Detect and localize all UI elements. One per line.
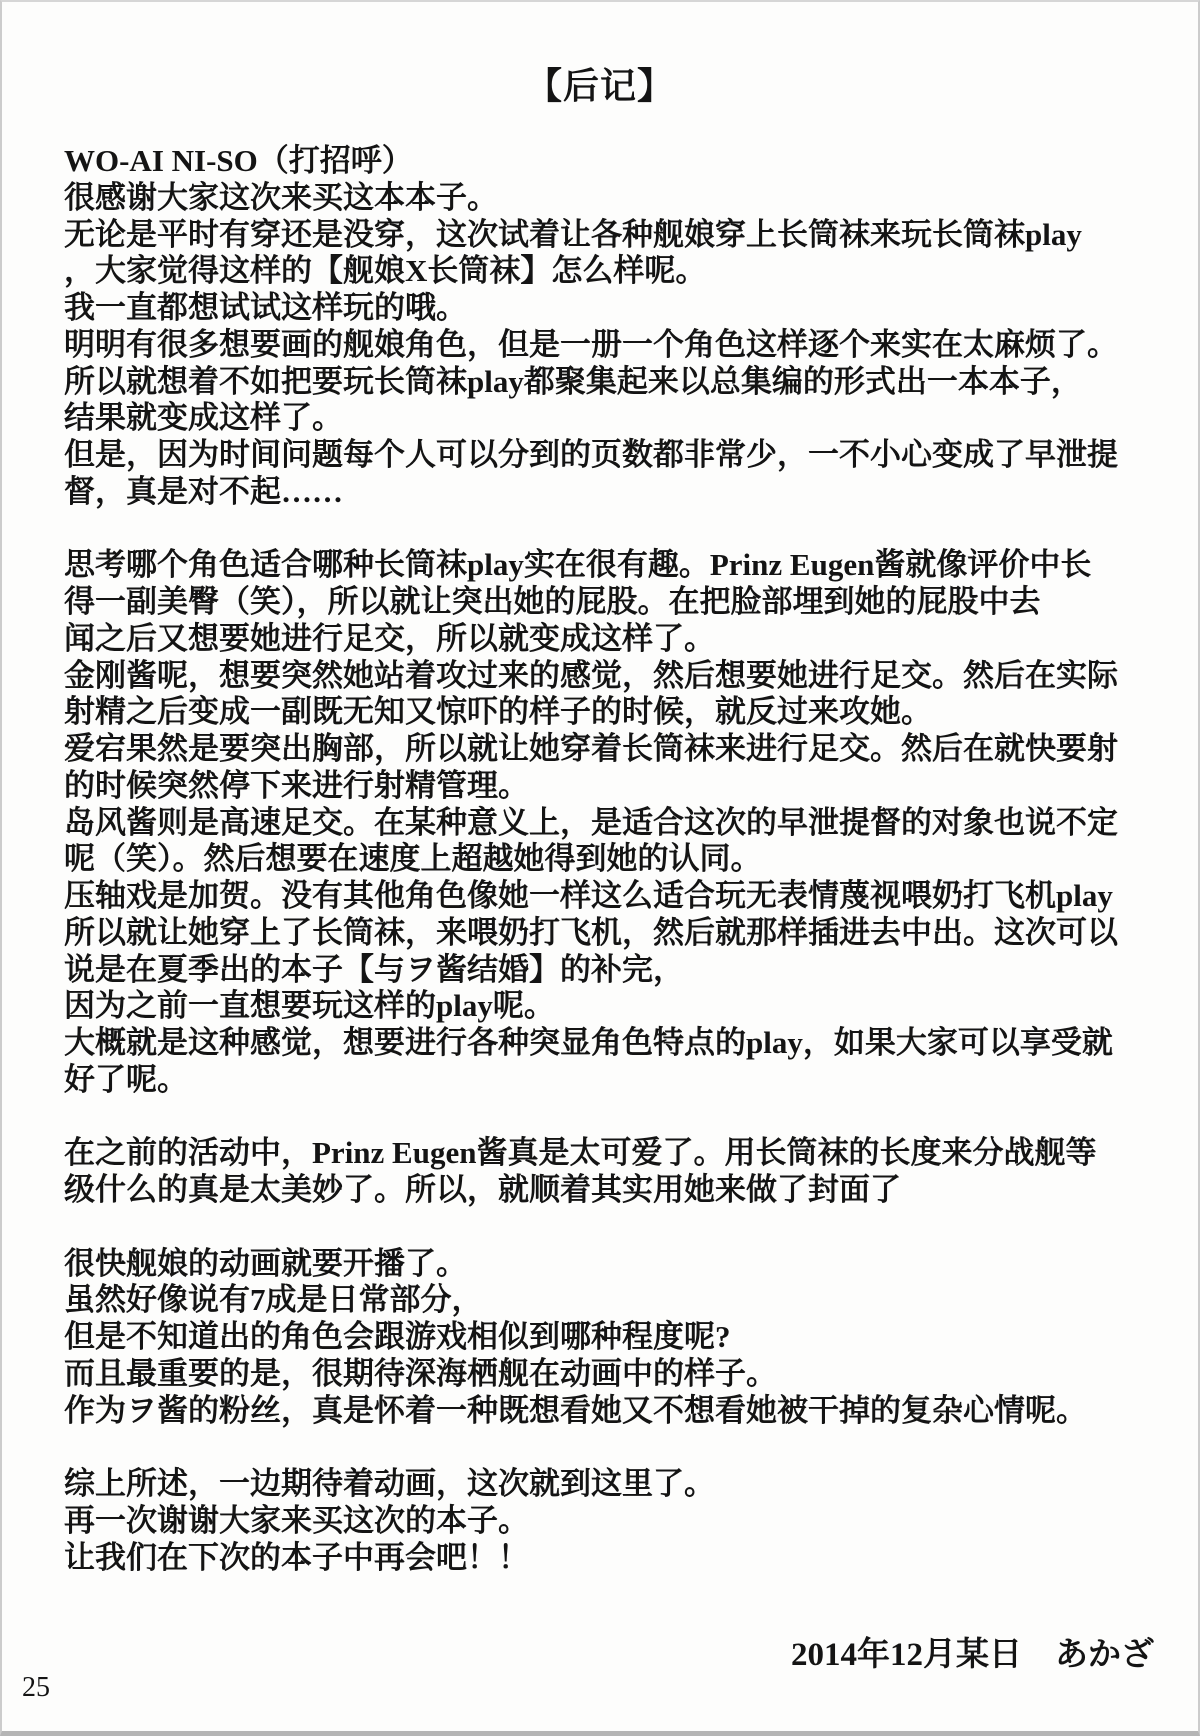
blank-line (64, 1429, 1144, 1466)
text-line: 得一副美臀（笑），所以就让突出她的屁股。在把脸部埋到她的屁股中去 (64, 584, 1144, 621)
blank-line (64, 511, 1144, 548)
text-line: 大概就是这种感觉，想要进行各种突显角色特点的play，如果大家可以享受就 (64, 1025, 1144, 1062)
text-line: 因为之前一直想要玩这样的play呢。 (64, 988, 1144, 1025)
text-line: 说是在夏季出的本子【与ヲ酱结婚】的补完， (64, 952, 1144, 989)
signature-date: 2014年12月某日 あかざ (791, 1628, 1154, 1675)
text-line: 的时候突然停下来进行射精管理。 (64, 768, 1144, 805)
text-line: ，大家觉得这样的【舰娘X长筒袜】怎么样呢。 (64, 253, 1144, 290)
text-line: 很快舰娘的动画就要开播了。 (64, 1246, 1144, 1283)
afterword-body: WO-AI NI-SO（打招呼） 很感谢大家这次来买这本本子。 无论是平时有穿还… (64, 143, 1144, 1576)
text-line: 但是，因为时间问题每个人可以分到的页数都非常少，一不小心变成了早泄提 (64, 437, 1144, 474)
text-line: 无论是平时有穿还是没穿，这次试着让各种舰娘穿上长筒袜来玩长筒袜play (64, 217, 1144, 254)
text-line: 压轴戏是加贺。没有其他角色像她一样这么适合玩无表情蔑视喂奶打飞机play (64, 878, 1144, 915)
afterword-page: 【后记】 WO-AI NI-SO（打招呼） 很感谢大家这次来买这本本子。 无论是… (0, 0, 1200, 1736)
text-line: 所以就想着不如把要玩长筒袜play都聚集起来以总集编的形式出一本本子， (64, 364, 1144, 401)
text-line: 金刚酱呢，想要突然她站着攻过来的感觉，然后想要她进行足交。然后在实际 (64, 658, 1144, 695)
text-line: 很感谢大家这次来买这本本子。 (64, 180, 1144, 217)
text-line: 让我们在下次的本子中再会吧！！ (64, 1540, 1144, 1577)
blank-line (64, 1209, 1144, 1246)
text-line: 综上所述，一边期待着动画，这次就到这里了。 (64, 1466, 1144, 1503)
text-line: 督，真是对不起…… (64, 474, 1144, 511)
text-line: 闻之后又想要她进行足交，所以就变成这样了。 (64, 621, 1144, 658)
text-line: 思考哪个角色适合哪种长筒袜play实在很有趣。Prinz Eugen酱就像评价中… (64, 547, 1144, 584)
text-line: 岛风酱则是高速足交。在某种意义上，是适合这次的早泄提督的对象也说不定 (64, 805, 1144, 842)
text-line: WO-AI NI-SO（打招呼） (64, 143, 1144, 180)
text-line: 作为ヲ酱的粉丝，真是怀着一种既想看她又不想看她被干掉的复杂心情呢。 (64, 1393, 1144, 1430)
text-line: 结果就变成这样了。 (64, 400, 1144, 437)
text-line: 爱宕果然是要突出胸部，所以就让她穿着长筒袜来进行足交。然后在就快要射 (64, 731, 1144, 768)
text-line: 级什么的真是太美妙了。所以，就顺着其实用她来做了封面了 (64, 1172, 1144, 1209)
text-line: 呢（笑）。然后想要在速度上超越她得到她的认同。 (64, 841, 1144, 878)
text-line: 但是不知道出的角色会跟游戏相似到哪种程度呢? (64, 1319, 1144, 1356)
text-line: 我一直都想试试这样玩的哦。 (64, 290, 1144, 327)
text-line: 在之前的活动中，Prinz Eugen酱真是太可爱了。用长筒袜的长度来分战舰等 (64, 1135, 1144, 1172)
text-line: 明明有很多想要画的舰娘角色，但是一册一个角色这样逐个来实在太麻烦了。 (64, 327, 1144, 364)
text-line: 好了呢。 (64, 1062, 1144, 1099)
blank-line (64, 1099, 1144, 1136)
text-line: 而且最重要的是，很期待深海栖舰在动画中的样子。 (64, 1356, 1144, 1393)
text-line: 虽然好像说有7成是日常部分， (64, 1282, 1144, 1319)
text-line: 射精之后变成一副既无知又惊吓的样子的时候，就反过来攻她。 (64, 694, 1144, 731)
text-line: 所以就让她穿上了长筒袜，来喂奶打飞机，然后就那样插进去中出。这次可以 (64, 915, 1144, 952)
page-title: 【后记】 (2, 58, 1198, 109)
page-number: 25 (22, 1672, 50, 1704)
text-line: 再一次谢谢大家来买这次的本子。 (64, 1503, 1144, 1540)
